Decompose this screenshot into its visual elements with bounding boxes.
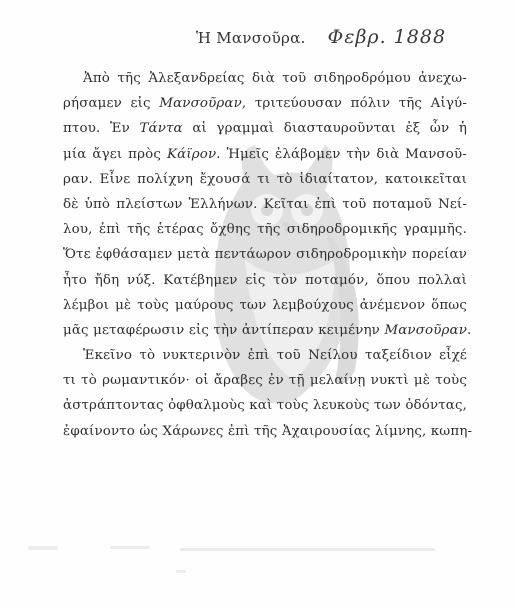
italic-term: Κάϊρον [167,147,216,162]
article-body: Ἀπὸ τῆς Ἀλεξανδρείας διὰ τοῦ σιδηροδρόμο… [63,66,467,444]
text-line: τι τὸ ρωμαντικόν· οἱ ἄραβες ἐν τῇ μελαίν… [63,368,467,393]
italic-term: Μανσοῦραν [384,323,467,338]
page-title: Ἡ Μανσοῦρα. [196,29,306,47]
text-line: Ἐκεῖνο τὸ νυκτερινὸν ἐπὶ τοῦ Νείλου ταξε… [63,343,467,368]
text-line: μᾶς μεταφέρωσιν εἰς τὴν ἀντίπεραν κειμέν… [63,318,467,343]
text-line: δὲ ὑπὸ πλείστων Ἑλλήνων. Κεῖται ἐπὶ τοῦ … [63,192,467,217]
text-line: λέμβοι μὲ τοὺς μαύρους των λεμβούχους ἀν… [63,293,467,318]
text-line: Ὅτε ἐφθάσαμεν μετὰ πεντάωρον σιδηροδρομι… [63,242,467,267]
text-line: λου, ἐπὶ τῆς ἑτέρας ὄχθης τῆς σιδηροδρομ… [63,217,467,242]
page-header: Ἡ Μανσοῦρα. Φεβρ. 1888 [196,26,446,48]
text-line: ἦτο ἤδη νύξ. Κατέβημεν εἰς τὸν ποταμόν, … [63,268,467,293]
text-line: Ἀπὸ τῆς Ἀλεξανδρείας διὰ τοῦ σιδηροδρόμο… [63,66,467,91]
text-line: ἐφαίνοντο ὡς Χάρωνες ἐπὶ τῆς Ἀχαιρουσίας… [63,419,467,444]
text-line: μία ἄγει πρὸς Κάϊρον. Ἡμεῖς ἐλάβομεν τὴν… [63,142,467,167]
text-line: πτου. Ἐν Τάντα αἱ γραμμαὶ διασταυροῦνται… [63,116,467,141]
text-line: ἀστράπτοντας ὀφθαλμοὺς καὶ τοὺς λευκοὺς … [63,393,467,418]
italic-term: Μανσοῦραν [159,96,242,111]
text-line: ραν. Εἶνε πολίχνη ἔχουσά τι τὸ ἰδιαίτατο… [63,167,467,192]
scanned-page: Ἡ Μανσοῦρα. Φεβρ. 1888 Ἀπὸ τῆς Ἀλεξανδρε… [0,0,515,608]
italic-term: Τάντα [139,121,182,136]
text-line: ρήσαμεν εἰς Μανσοῦραν, τριτεύουσαν πόλιν… [63,91,467,116]
handwritten-date: Φεβρ. 1888 [328,26,446,48]
